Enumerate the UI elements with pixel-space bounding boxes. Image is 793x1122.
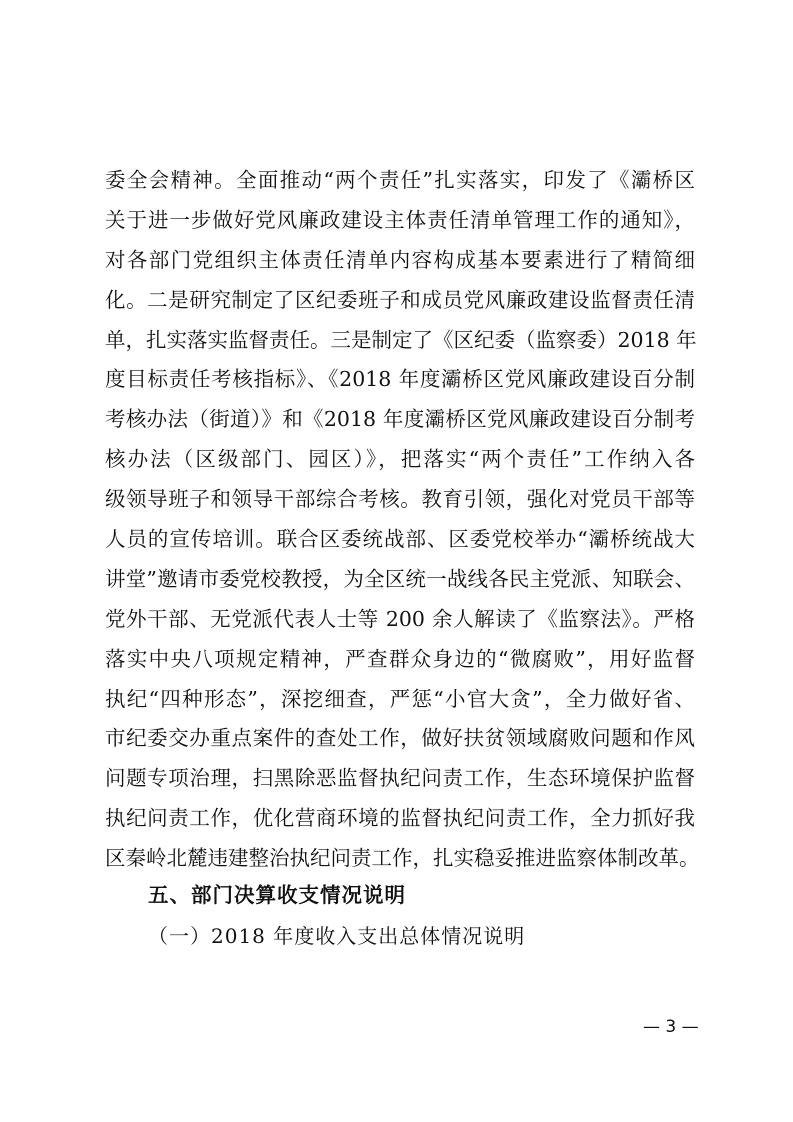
text-line: 执纪问责工作，优化营商环境的监督执纪问责工作，全力抓好我 <box>105 799 695 839</box>
text-line: 委全会精神。全面推动“两个责任”扎实落实，印发了《灞桥区 <box>105 161 695 201</box>
text-line: 对各部门党组织主体责任清单内容构成基本要素进行了精简细 <box>105 241 695 281</box>
body-paragraph: 委全会精神。全面推动“两个责任”扎实落实，印发了《灞桥区 关于进一步做好党风廉政… <box>105 161 695 879</box>
text-line: 讲堂”邀请市委党校教授，为全区统一战线各民主党派、知联会、 <box>105 560 695 600</box>
text-line: 核办法（区级部门、园区）》，把落实“两个责任”工作纳入各 <box>105 440 695 480</box>
document-page: 委全会精神。全面推动“两个责任”扎实落实，印发了《灞桥区 关于进一步做好党风廉政… <box>0 0 793 1122</box>
text-line: 度目标责任考核指标》、《2018 年度灞桥区党风廉政建设百分制 <box>105 360 695 400</box>
page-number: — 3 — <box>643 1012 699 1042</box>
text-line: 区秦岭北麓违建整治执纪问责工作，扎实稳妥推进监察体制改革。 <box>105 839 695 879</box>
text-line: 人员的宣传培训。联合区委统战部、区委党校举办“灞桥统战大 <box>105 520 695 560</box>
text-line: 执纪“四种形态”，深挖细查，严惩“小官大贪”，全力做好省、 <box>105 680 695 720</box>
text-line: 市纪委交办重点案件的查处工作，做好扶贫领域腐败问题和作风 <box>105 719 695 759</box>
text-line: 单，扎实落实监督责任。三是制定了《区纪委（监察委）2018 年 <box>105 321 695 361</box>
text-line: 问题专项治理，扫黑除恶监督执纪问责工作，生态环境保护监督 <box>105 759 695 799</box>
text-line: 落实中央八项规定精神，严查群众身边的“微腐败”，用好监督 <box>105 640 695 680</box>
text-line: 关于进一步做好党风廉政建设主体责任清单管理工作的通知》， <box>105 201 695 241</box>
text-line: 党外干部、无党派代表人士等 200 余人解读了《监察法》。严格 <box>105 600 695 640</box>
text-line: 化。二是研究制定了区纪委班子和成员党风廉政建设监督责任清 <box>105 281 695 321</box>
text-line: 考核办法（街道）》和《2018 年度灞桥区党风廉政建设百分制考 <box>105 400 695 440</box>
text-line: 级领导班子和领导干部综合考核。教育引领，强化对党员干部等 <box>105 480 695 520</box>
subsection-heading: （一）2018 年度收入支出总体情况说明 <box>148 917 525 955</box>
section-heading: 五、部门决算收支情况说明 <box>148 876 406 914</box>
